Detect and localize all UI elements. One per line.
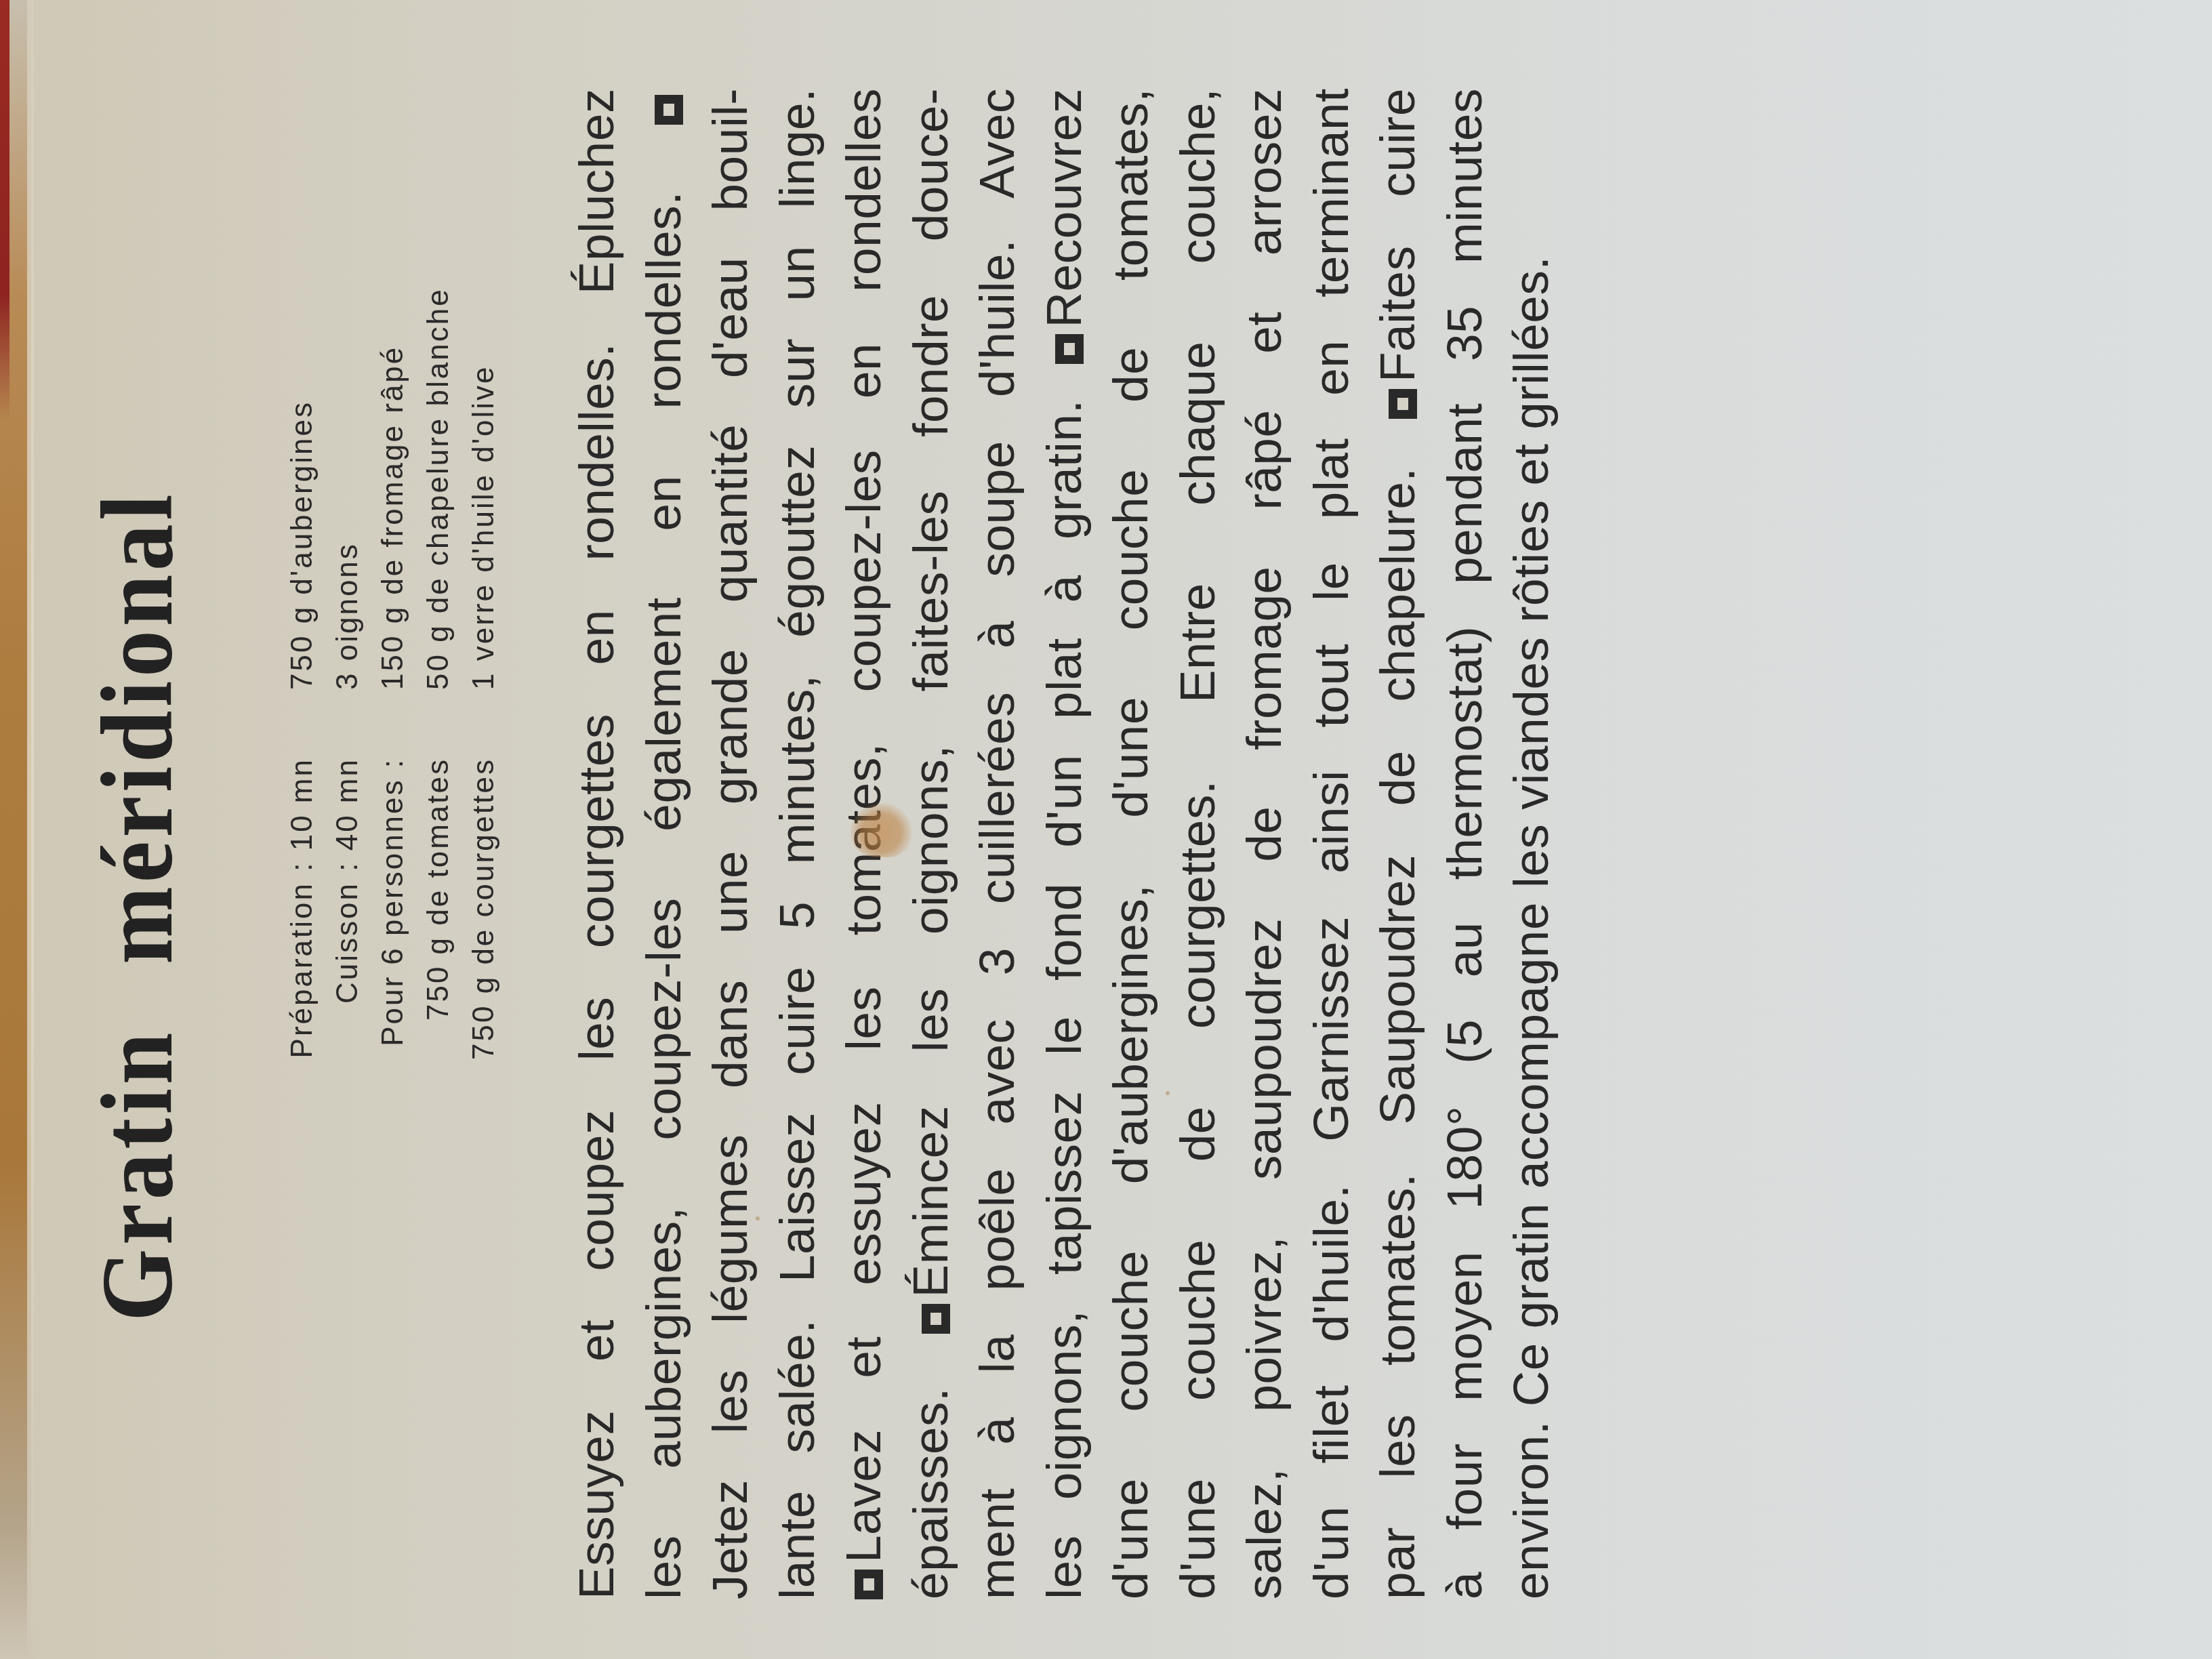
instruction-line: à four moyen 180° (5 au thermostat) pend… xyxy=(1432,88,1499,1599)
instruction-line: Essuyez et coupez les courgettes en rond… xyxy=(564,88,631,1599)
instruction-text: par les tomates. Saupoudrez de chapelure… xyxy=(1370,468,1425,1599)
instruction-text: Essuyez et coupez les courgettes en rond… xyxy=(569,88,624,1599)
instruction-line: salez, poivrez, saupoudrez de fromage râ… xyxy=(1231,88,1298,1599)
instruction-text: Jetez les légumes dans une grande quanti… xyxy=(703,88,758,1599)
square-bullet-icon xyxy=(1389,389,1417,419)
instruction-line: les oignons, tapissez le fond d'un plat … xyxy=(1031,88,1099,1599)
instruction-line: Jetez les légumes dans une grande quanti… xyxy=(697,88,764,1599)
instruction-text: ment à la poêle avec 3 cuillerées à soup… xyxy=(970,88,1025,1599)
paper-speck xyxy=(756,1216,760,1221)
square-bullet-icon xyxy=(655,95,683,125)
ingredient-item: 3 oignons xyxy=(325,542,370,690)
instruction-text: lante salée. Laissez cuire 5 minutes, ég… xyxy=(770,88,825,1599)
square-bullet-icon xyxy=(1055,334,1084,364)
instruction-text: Recouvrez xyxy=(1037,88,1092,327)
instruction-text: Faites cuire xyxy=(1370,88,1425,382)
instruction-line: lante salée. Laissez cuire 5 minutes, ég… xyxy=(764,88,832,1599)
instruction-line: les aubergines, coupez-les également en … xyxy=(631,88,698,1599)
instruction-line: d'une couche de courgettes. Entre chaque… xyxy=(1165,88,1232,1599)
meta-row: Préparation : 10 mn 750 g d'aubergines xyxy=(279,0,325,1307)
meta-row: 750 g de courgettes 1 verre d'huile d'ol… xyxy=(461,0,506,1307)
instruction-line: d'un filet d'huile. Garnissez ainsi tout… xyxy=(1298,88,1366,1599)
ingredient-item: 150 g de fromage râpé xyxy=(370,346,415,690)
meta-row: Cuisson : 40 mn 3 oignons xyxy=(325,0,370,1307)
recipe-title: Gratin méridional xyxy=(87,491,188,1322)
instruction-text: à four moyen 180° (5 au thermostat) pend… xyxy=(1437,88,1492,1599)
meta-servings: Pour 6 personnes : xyxy=(370,758,415,1046)
square-bullet-icon xyxy=(855,1570,883,1599)
instruction-text: d'une couche d'aubergines, d'une couche … xyxy=(1103,88,1158,1599)
square-bullet-icon xyxy=(922,1305,950,1334)
instruction-text: environ. Ce gratin accompagne les viande… xyxy=(1504,256,1559,1599)
instruction-line: ment à la poêle avec 3 cuillerées à soup… xyxy=(964,88,1031,1599)
food-stain xyxy=(851,803,912,857)
instruction-text: d'une couche de courgettes. Entre chaque… xyxy=(1170,88,1225,1599)
meta-row: 750 g de tomates 50 g de chapelure blanc… xyxy=(415,0,461,1307)
photo-background: Gratin méridional Préparation : 10 mn 75… xyxy=(0,0,2212,1659)
instruction-text: épaisses. xyxy=(903,1387,958,1599)
instruction-line: d'une couche d'aubergines, d'une couche … xyxy=(1098,88,1165,1599)
ingredient-item: 750 g de tomates xyxy=(415,758,461,1021)
instruction-text: Émincez les oignons, faites-les fondre d… xyxy=(903,88,958,1297)
ingredient-item: 750 g d'aubergines xyxy=(279,401,325,690)
recipe-page: Gratin méridional Préparation : 10 mn 75… xyxy=(0,0,2212,1659)
instruction-text: les aubergines, coupez-les également en … xyxy=(636,191,691,1599)
instruction-text: salez, poivrez, saupoudrez de fromage râ… xyxy=(1237,88,1292,1599)
paper-speck xyxy=(1166,1091,1170,1095)
ingredient-item: 1 verre d'huile d'olive xyxy=(461,365,506,690)
instruction-line: environ. Ce gratin accompagne les viande… xyxy=(1498,88,1565,1599)
instruction-text: les oignons, tapissez le fond d'un plat … xyxy=(1037,400,1092,1599)
ingredient-item: 50 g de chapelure blanche xyxy=(415,287,461,690)
instruction-line: par les tomates. Saupoudrez de chapelure… xyxy=(1365,88,1432,1599)
meta-preparation-time: Préparation : 10 mn xyxy=(279,758,325,1058)
ingredient-item: 750 g de courgettes xyxy=(461,758,506,1060)
meta-cooking-time: Cuisson : 40 mn xyxy=(325,758,370,1004)
instruction-text: d'un filet d'huile. Garnissez ainsi tout… xyxy=(1304,88,1359,1599)
meta-row: Pour 6 personnes : 150 g de fromage râpé xyxy=(370,0,415,1307)
recipe-instructions: Essuyez et coupez les courgettes en rond… xyxy=(564,88,1565,1599)
recipe-meta-ingredients: Préparation : 10 mn 750 g d'aubergines C… xyxy=(279,0,506,1307)
